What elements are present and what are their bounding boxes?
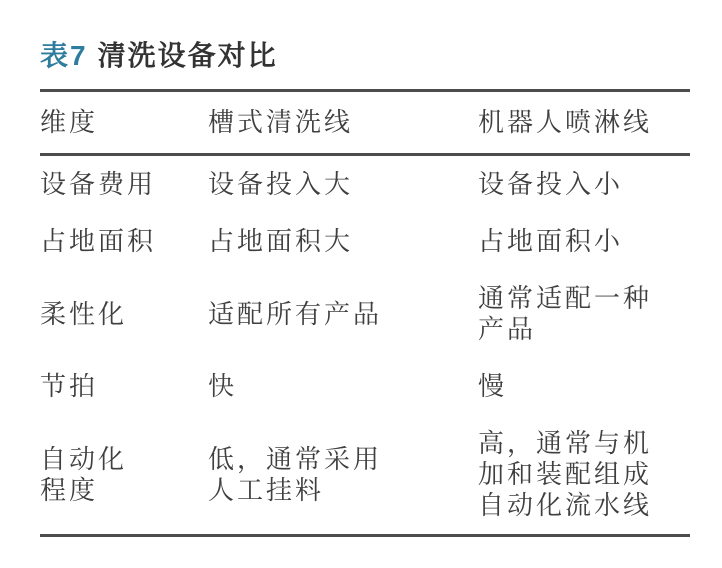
column-header-robot-line: 机器人喷淋线 [478,91,690,155]
table-row: 占地面积 占地面积大 占地面积小 [40,213,690,270]
table-row: 自动化 程度 低，通常采用 人工挂料 高，通常与机 加和装配组成 自动化流水线 [40,415,690,536]
comparison-table: 维度 槽式清洗线 机器人喷淋线 设备费用 设备投入大 设备投入小 占地面积 占地… [40,89,690,537]
cell-tank-line: 占地面积大 [208,213,478,270]
table-row: 柔性化 适配所有产品 通常适配一种 产品 [40,270,690,358]
cell-dimension: 自动化 程度 [40,415,208,536]
document-page: 表7清洗设备对比 维度 槽式清洗线 机器人喷淋线 设备费用 设备投入大 设备投入… [0,0,722,568]
cell-robot-line: 高，通常与机 加和装配组成 自动化流水线 [478,415,690,536]
cell-dimension: 柔性化 [40,270,208,358]
cell-tank-line: 设备投入大 [208,155,478,214]
cell-robot-line: 通常适配一种 产品 [478,270,690,358]
cell-dimension: 设备费用 [40,155,208,214]
cell-tank-line: 适配所有产品 [208,270,478,358]
table-caption-number: 表7 [40,40,88,71]
cell-robot-line: 慢 [478,358,690,415]
table-row: 设备费用 设备投入大 设备投入小 [40,155,690,214]
cell-robot-line: 占地面积小 [478,213,690,270]
cell-dimension: 节拍 [40,358,208,415]
cell-tank-line: 快 [208,358,478,415]
table-caption: 表7清洗设备对比 [40,34,278,74]
column-header-tank-line: 槽式清洗线 [208,91,478,155]
table-header-row: 维度 槽式清洗线 机器人喷淋线 [40,91,690,155]
cell-dimension: 占地面积 [40,213,208,270]
column-header-dimension: 维度 [40,91,208,155]
cell-tank-line: 低，通常采用 人工挂料 [208,415,478,536]
table-caption-title: 清洗设备对比 [98,40,278,71]
cell-robot-line: 设备投入小 [478,155,690,214]
table-row: 节拍 快 慢 [40,358,690,415]
